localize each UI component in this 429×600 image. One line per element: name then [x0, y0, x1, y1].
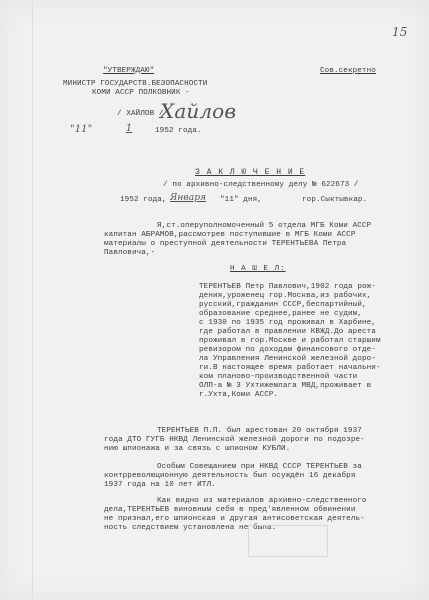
- found-line: с 1930 по 1935 год проживал в Харбине,: [199, 319, 376, 328]
- document-subtitle: / по архивно-следственному делу № 622673…: [163, 181, 359, 190]
- classification-mark: Сов.секретно: [320, 67, 376, 76]
- found-line: где работал в правлении КВЖД.До ареста: [199, 328, 376, 337]
- found-line: ги.В настоящее время работает начальни-: [199, 364, 381, 373]
- found-line: дения,уроженец гор.Москва,из рабочих,: [199, 292, 371, 301]
- found-line: ОЛП-а № 3 Ухтижемлага МВД,проживает в: [199, 382, 371, 391]
- arrest-line: года ДТО ГУГБ НКВД Ленинской железной до…: [104, 436, 365, 445]
- signature: Хайлов: [160, 100, 236, 122]
- sentence-line: 1937 года на 10 лет ИТЛ.: [104, 481, 216, 490]
- found-line: ТЕРЕНТЬЕВ Петр Павлович,1902 года рож-: [199, 283, 376, 292]
- page-number: 15: [392, 28, 407, 37]
- intro-line: капитан АБРАМОВ,рассмотрев поступившие в…: [104, 231, 355, 240]
- faded-stamp: [248, 525, 328, 557]
- conclusion-line: Как видно из материалов архивно-следстве…: [157, 497, 367, 506]
- arrest-line: нию шпионажа и за связь с шпионом КУБЛИ.: [104, 445, 290, 454]
- approval-date-day: "11": [70, 125, 92, 134]
- approver-name: / ХАЙЛОВ /: [117, 110, 164, 119]
- found-line: ком планово-производственной части: [199, 373, 357, 382]
- document-page: 15 Сов.секретно "УТВЕРЖДАЮ" МИНИСТР ГОСУ…: [0, 0, 429, 600]
- date-year: 1952 года,: [120, 196, 167, 205]
- found-line: ревизором по доходам финансового отде-: [199, 346, 376, 355]
- found-line: образование среднее,ранее не судим,: [199, 310, 362, 319]
- sentence-line: контрреволюционную деятельность был осуж…: [104, 472, 355, 481]
- page-edge-shadow: [32, 0, 33, 600]
- conclusion-line: не признал,его шпионская и другая антисо…: [104, 515, 365, 524]
- date-place: гор.Сыктывкар.: [302, 196, 367, 205]
- intro-line: Я,ст.оперуполномоченный 5 отдела МГБ Ком…: [157, 222, 371, 231]
- approval-line-2: КОМИ АССР ПОЛКОВНИК -: [92, 89, 190, 98]
- found-heading: Н А Ш Е Л:: [230, 265, 286, 274]
- date-month: Января: [170, 194, 206, 203]
- found-line: русский,гражданин СССР,беспартийный,: [199, 301, 367, 310]
- document-title: З А К Л Ю Ч Е Н И Е: [195, 168, 305, 177]
- intro-line: Павловича,-: [104, 249, 155, 258]
- approval-heading: "УТВЕРЖДАЮ": [103, 67, 154, 76]
- date-day: "11" дня,: [220, 196, 262, 205]
- arrest-line: ТЕРЕНТЬЕВ П.П. был арестован 20 октября …: [157, 427, 362, 436]
- intro-line: материалы о преступной деятельности ТЕРЕ…: [104, 240, 346, 249]
- found-line: ла Управления Ленинской железной доро-: [199, 355, 376, 364]
- found-line: проживал в гор.Москве и работал старшим: [199, 337, 381, 346]
- approval-date-month: 1: [106, 124, 152, 133]
- approval-line-1: МИНИСТР ГОСУДАРСТВ.БЕЗОПАСНОСТИ: [63, 80, 207, 89]
- approval-date-year: 1952 года.: [155, 127, 202, 136]
- found-line: г.Ухта,Коми АССР.: [199, 391, 278, 400]
- conclusion-line: дела,ТЕРЕНТЬЕВ виновным себя в пред'явле…: [104, 506, 355, 515]
- sentence-line: Особым Совещанием при НКВД СССР ТЕРЕНТЬЕ…: [157, 463, 362, 472]
